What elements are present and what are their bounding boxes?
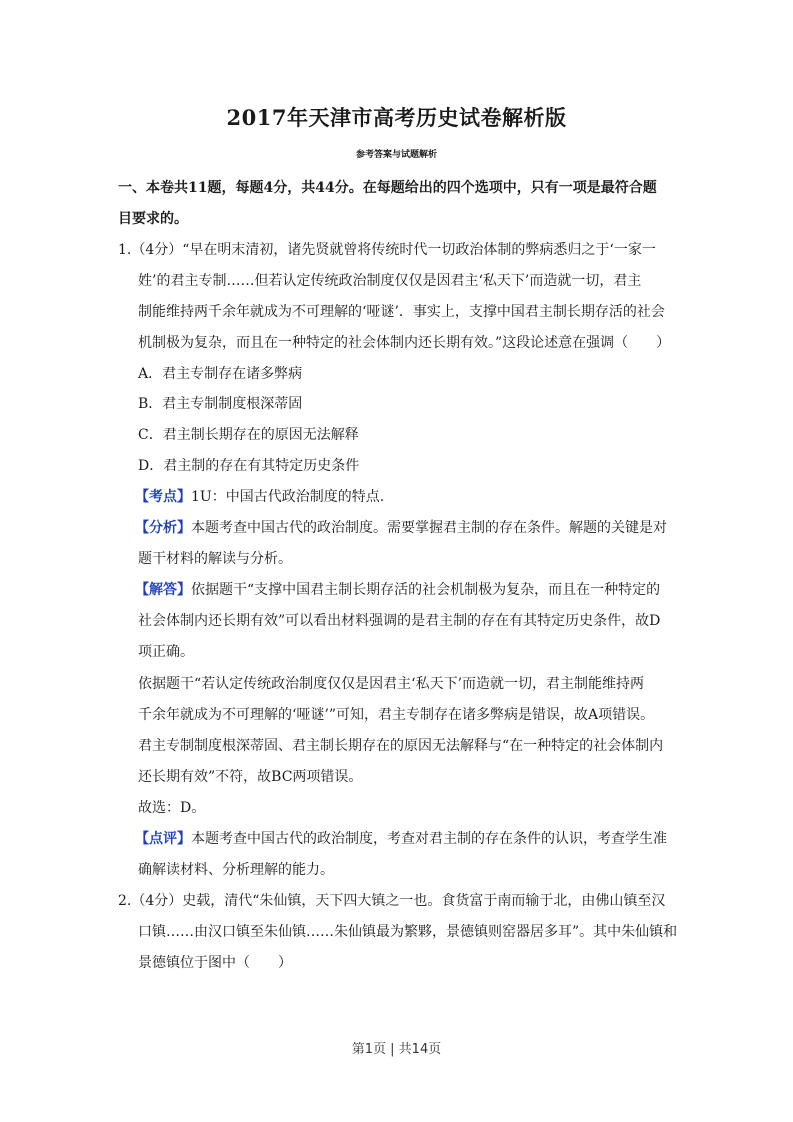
fenxi-tag: 【分析】 [135,520,191,536]
kaodian-text: 1U：中国古代政治制度的特点. [191,489,384,505]
q1-stem-line3: 制能维持两千余年就成为不可理解的‘哑谜’．事实上，支撑中国君主制长期存活的社会 [138,304,665,320]
q1-stem-line2: 姓’的君主专制……但若认定传统政治制度仅仅是因君主‘私天下’而造就一切，君主 [138,273,641,289]
page-title: 2017年天津市高考历史试卷解析版 [0,102,793,132]
q2-stem-line1: 2.（4分）史载，清代“朱仙镇，天下四大镇之一也。食货富于南而输于北，由佛山镇至… [118,893,665,909]
jieda-text-1: 依据题干“支撑中国君主制长期存活的社会机制极为复杂，而且在一种特定的 [191,582,660,598]
jieda-text-6: 君主专制制度根深蒂固、君主制长期存在的原因无法解释与“在一种特定的社会体制内 [138,738,663,754]
dianping-text-1: 本题考查中国古代的政治制度，考查对君主制的存在条件的认识，考查学生准 [191,831,667,847]
section-header-line1: 一、本卷共11题，每题4分，共44分。在每题给出的四个选项中，只有一项是最符合题 [118,180,657,196]
page-subtitle: 参考答案与试题解析 [0,147,793,160]
q1-stem-line4: 机制极为复杂，而且在一种特定的社会体制内还长期有效。”这段论述意在强调（ ） [138,335,670,351]
page-footer: 第1页 | 共14页 [0,1038,793,1057]
q1-fenxi: 【分析】本题考查中国古代的政治制度。需要掌握君主制的存在条件。解题的关键是对 [135,520,667,536]
document-page: 2017年天津市高考历史试卷解析版 参考答案与试题解析 一、本卷共11题，每题4… [0,0,793,1122]
q1-jieda: 【解答】依据题干“支撑中国君主制长期存活的社会机制极为复杂，而且在一种特定的 [135,582,660,598]
q1-option-d: D．君主制的存在有其特定历史条件 [138,458,359,474]
jieda-text-3: 项正确。 [138,644,194,660]
section-header-line2: 目要求的。 [118,211,188,227]
dianping-tag: 【点评】 [135,831,191,847]
q2-stem-line3: 景德镇位于图中（ ） [138,955,292,971]
fenxi-text-1: 本题考查中国古代的政治制度。需要掌握君主制的存在条件。解题的关键是对 [191,520,667,536]
jieda-text-4: 依据题干“若认定传统政治制度仅仅是因君主‘私天下’而造就一切，君主制能维持两 [138,676,644,692]
q1-option-b: B．君主专制制度根深蒂固 [138,396,302,412]
jieda-text-7: 还长期有效”不符，故BC两项错误。 [138,769,362,785]
jieda-text-2: 社会体制内还长期有效”可以看出材料强调的是君主制的存在有其特定历史条件，故D [138,613,660,629]
jieda-text-5: 千余年就成为不可理解的‘哑谜’”可知，君主专制存在诸多弊病是错误，故A项错误。 [138,707,654,723]
jieda-text-8: 故选：D。 [138,800,205,816]
q1-option-a: A．君主专制存在诸多弊病 [138,366,302,382]
q2-stem-line2: 口镇……由汉口镇至朱仙镇……朱仙镇最为繁夥，景德镇则窑器居多耳”。其中朱仙镇和 [138,924,677,940]
q1-stem-line1: 1.（4分）“早在明末清初，诸先贤就曾将传统时代一切政治体制的弊病悉归之于‘一家… [118,242,656,258]
fenxi-text-2: 题干材料的解读与分析。 [138,551,292,567]
q1-kaodian: 【考点】1U：中国古代政治制度的特点. [135,489,384,505]
jieda-tag: 【解答】 [135,582,191,598]
q1-dianping: 【点评】本题考查中国古代的政治制度，考查对君主制的存在条件的认识，考查学生准 [135,831,667,847]
kaodian-tag: 【考点】 [135,489,191,505]
dianping-text-2: 确解读材料、分析理解的能力。 [138,862,334,878]
q1-option-c: C．君主制长期存在的原因无法解释 [138,427,359,443]
